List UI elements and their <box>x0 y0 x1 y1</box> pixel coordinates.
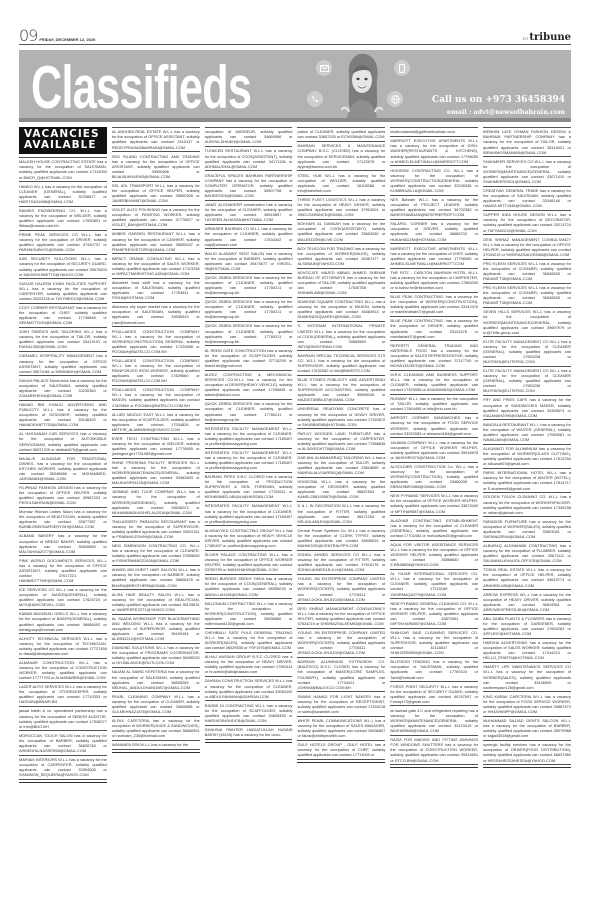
classified-ad: RAZIA FOR MAKING AND FITTING AWNINGS FOR… <box>390 736 478 765</box>
classified-ad: QUICK ZEBRA SERVICES has a vacancy for t… <box>205 322 293 346</box>
classified-ad: Mumtaz Hikmah Ladies Salon has a vacancy… <box>19 508 107 532</box>
classified-ad: CHEHBALLI SATE PULS GENERAL TRADING W.L.… <box>205 629 293 653</box>
classified-ad: MARIAM INTERIORS W.L.L has a vacancy for… <box>19 756 107 780</box>
classified-ad: JASMINE AND TULIP COMPANY W.L.L has a va… <box>112 488 200 517</box>
classified-ad: WHITE PEARL COMMUNICATIONS W.L.L has a v… <box>297 717 385 741</box>
classified-ad: FORCE POINT SECURITY W.L.L has a vacancy… <box>390 682 478 706</box>
classified-ad: THE RITZ - CARLTON BAHRAIN HOTEL W.L.L h… <box>390 269 478 293</box>
globe-icon <box>387 91 403 107</box>
classified-ad: UNIVERSAL READYMIX CONCRETE has a vacanc… <box>297 405 385 429</box>
column-end-rule <box>19 782 107 783</box>
column-end-rule <box>112 752 200 753</box>
ad-list: IBRAHIM LATE OSMAN FASHION DESIGN & BAHR… <box>483 127 571 765</box>
mobile-phone-icon <box>394 60 410 76</box>
classified-ad: ALMOAYYED CONTRACTING GROUP W.L.L has a … <box>205 526 293 550</box>
classified-ad: DAKAH PALACE Electronics has a vacancy f… <box>19 376 107 400</box>
classified-ad: SUDAIS HALEEM KHAN FACILITIES SUPPORT W.… <box>19 279 107 303</box>
classified-ad: DESI SHIRAZ MANAGEMENT CONSULTANCY W.L.L… <box>297 604 385 628</box>
classified-ad: PRIME PEAK SERVICES CO W.L.L has a vacan… <box>19 231 107 255</box>
column-1: VACANCIES AVAILABLE MALEEH HOUSE CONTRAC… <box>19 127 107 887</box>
classified-ad: AL REEM GATE CONSTRUCTION has a vacancy … <box>205 346 293 370</box>
classified-ad: BAHRAIN ALUMINIUM EXTRUSION CO. (BALEXCO… <box>297 658 385 692</box>
contact-email-text: email : advt@newsofbahrain.com <box>447 108 565 116</box>
classified-ad: QUICK ZEBRA SERVICES has a vacancy for t… <box>205 298 293 322</box>
classified-ad: POULLAIDES CONSTRUCTION COMPANY W.L.L ha… <box>112 357 200 386</box>
classified-ad: ALKUWAITI FOR ALUMINIUM has a vacancy fo… <box>483 445 571 469</box>
classified-ad: LAZER AUTO SERVICES W.L.L has a vacancy … <box>19 683 107 707</box>
column-4: pation of CLEANER, suitably qualified ap… <box>297 127 385 887</box>
classified-ad: RAOBS DI CONTRACTING W.L.L has a vacancy… <box>205 701 293 725</box>
classified-ad: PINK WORLD DOCUMENTS SERVICES W.L.L has … <box>19 556 107 585</box>
classified-ad: IBRAHIM LATE OSMAN FASHION DESIGN & BAHR… <box>483 127 571 157</box>
classified-ad: synergic facility services has a vacancy… <box>483 741 571 765</box>
classified-ad: PRO KLEEN SERVICES W.L.L has a vacancy f… <box>483 260 571 284</box>
classified-ad: BAHRAIN PIPES S.B.C CLOSED has a vacancy… <box>205 473 293 502</box>
banner-title: Classifieds <box>31 58 251 118</box>
classified-ad: ALAZHAR CONTRACTING ESTABLISHMENT has a … <box>390 516 478 540</box>
classified-ad: JUKH FABRICS AND TAILORING W.L.L has a v… <box>19 328 107 352</box>
classified-ad: khalid.alawadi@gulfhotelbahrain.com <box>390 127 478 137</box>
classified-ad: AL FAJAR INTERNATIONAL SERVICES CO. W.L.… <box>390 570 478 599</box>
classified-ad: SSG ISLAND CONTRACTING AND TRADING has a… <box>112 152 200 181</box>
call-us-text: Call us on +973 36458394 <box>432 95 565 105</box>
classified-ad: BANGALA RESTAURANT W.L.L has a vacancy f… <box>483 420 571 444</box>
classified-ad: AHMED BIN KHEET HAIR SALOON W.L.L has a … <box>112 566 200 590</box>
classified-ad: SWAMI HAMAD FOR LIGHT BAKERY has a vacan… <box>297 692 385 716</box>
classified-ad: DIAMOND SOLUTIONS W.L.L has a vacancy fo… <box>112 644 200 668</box>
classified-ad: YOUNG JIN ENTERPRISE COMPANY LIMITED has… <box>297 575 385 604</box>
column-3: occupation of MASSEUR, suitably qualifie… <box>205 127 293 887</box>
classified-ad: AMBER GARDEN RESTAURANT W.L.L has a vaca… <box>112 230 200 254</box>
classified-ad: BOKHARI AL DAMAAH has a vacancy for the … <box>297 220 385 244</box>
classified-ad: ALFAX CAFETERIA has a vacancy for the oc… <box>112 717 200 741</box>
classified-ad: BAHRAIN SERVICES & MAINTENANCE COMPANY B… <box>297 142 385 171</box>
column-2: AL ANDHRA REAL ESTATE W.L.L has a vacanc… <box>112 127 200 887</box>
brand-prefix: DT <box>523 36 529 41</box>
classified-ad: ALHAJ HASSAN GROUP B.S.C CLOSED has a va… <box>205 653 293 677</box>
classified-ad: NAJAM AL WARD KEFETERIA has a vacancy fo… <box>112 668 200 692</box>
classified-ad: MARRIOTT EXECUTIVE APARTMENTS W.L.L has … <box>390 244 478 268</box>
classified-ad: INTEGRATED FACILITY MANAGEMENT W.L.L has… <box>205 449 293 473</box>
classified-ad: SHINE PROSHMA FACILITY SERVICES W.L.L ha… <box>112 459 200 488</box>
classified-ad: BLOSSOM TRADING has a vacancy for the oc… <box>390 658 478 682</box>
classified-ad: MILLENIUM CONTRACTING W.L.L has a vacanc… <box>205 599 293 628</box>
brand-name: tribune <box>529 32 571 43</box>
classified-ad: pation of CLEANER, suitably qualified ap… <box>297 127 385 142</box>
classified-ad: GRACEFUL SPACES BAHRAIN PARTNERSHIP COMP… <box>205 171 293 200</box>
banner-stripe <box>19 118 571 122</box>
classified-ad: RAMSIS ENGINEERING CO. W.L.L has a vacan… <box>19 207 107 231</box>
column-end-rule <box>205 742 293 743</box>
classified-ad: BLUE PEAK CONTRACTING. has a vacancy for… <box>390 317 478 341</box>
classified-ad: HANKO W.L.L has a vacancy for the occupa… <box>19 182 107 206</box>
phone-icon <box>307 91 323 107</box>
classified-ad: SMARTY LIFE MAINTENANCE SERVICES CO W.L.… <box>483 663 571 692</box>
classified-ad: THALASSERY PARAGON RESTAURANT has a vaca… <box>112 517 200 541</box>
classified-ad: GHAUSIA PAINTER HADIATULLAH HUSAIN BAKSH… <box>205 726 293 740</box>
brand-logo: DTtribune <box>523 32 571 44</box>
classified-ad: INTEGRATED FACILITY MANAGEMENT W.L.L has… <box>205 502 293 526</box>
classified-ad: IMPACT GRAND CONSULTING W.L.L has a vaca… <box>112 254 200 278</box>
classified-ad: CARAMEL HOSPITALITY MANAGEMENT has a vac… <box>19 352 107 376</box>
classified-ad: REFERTTI GENERAL TRADING AND MATERIALS F… <box>390 341 478 370</box>
classified-ad: PRO KLEEN SERVICES W.L.L has a vacancy f… <box>483 284 571 308</box>
classified-ad: ALLIED MIDDLE EAST W.L.L has a vacancy f… <box>112 410 200 434</box>
classified-ad: S. MOTIRAM INTERNATIONAL PRIVATE LIMITED… <box>297 322 385 351</box>
classified-ad: HARSHA ADVERTISING has a vacancy for the… <box>483 639 571 663</box>
classified-ad: al hawraa gate 4.C and refrigerator repa… <box>390 706 478 735</box>
classified-ad: ZAHRAN CONSTRUCTION SERVICES W.L.L has a… <box>205 677 293 701</box>
classified-ad: BOX TELECOM FOR TRADING has a vacancy fo… <box>297 244 385 268</box>
classified-ad: M.R.K CLEANING AND BUSINESS SUPPORT W.L.… <box>390 371 478 395</box>
classified-ad: WANNAPA SPA W.L.L has a vacancy for the <box>112 741 200 750</box>
operator-illustration <box>341 52 383 122</box>
classified-ad: ALBURAQ ALDHAHABI CONTRACTING has a vaca… <box>483 542 571 566</box>
column-end-rule <box>297 762 385 763</box>
classified-ad: ARROW EXPRESS W.L.L has a vacancy for th… <box>483 590 571 614</box>
ad-list: pation of CLEANER, suitably qualified ap… <box>297 127 385 760</box>
classified-ad: PEARL CLEANING COMPANY W.L.L has a vacan… <box>112 692 200 716</box>
classified-ad: GOLDEN TOUCH CLEANING CO. W.L.L has a va… <box>483 493 571 517</box>
classified-ad: URBASER BAHRAIN CO W.L.L has a vacancy f… <box>205 225 293 249</box>
classified-ad: SHAHMEER SERVICES CO W.L.L has a vacancy… <box>483 157 571 186</box>
classified-ad: QUICK ZEBRA SERVICES has a vacancy for t… <box>205 400 293 424</box>
vacancies-available-heading: VACANCIES AVAILABLE <box>19 127 107 154</box>
classified-ad: JANAT ALGHADEER construction has a vacan… <box>205 201 293 225</box>
classified-ad: BAHRAIN SPECIAL TECHNICAL SERVICES STS C… <box>297 351 385 375</box>
classified-ad: PARADISE FURNITURE has a vacancy for the… <box>483 517 571 541</box>
classified-ad: DESI SHIRAZ MANAGEMENT CONSULTANCY W.L.L… <box>483 235 571 259</box>
ad-list: occupation of MASSEUR, suitably qualifie… <box>205 127 293 740</box>
column-5: khalid.alawadi@gulfhotelbahrain.comMARRI… <box>390 127 478 887</box>
classified-ad: AL ANDHRA REAL ESTATE W.L.L has a vacanc… <box>112 127 200 152</box>
classified-ad: BLUE STONES PUBLICITY AND ADVERTISING W.… <box>297 376 385 405</box>
classified-ad: COZY CORNER RESTAURANT has a vacancy for… <box>19 304 107 328</box>
classified-ad: VIOLET AUTO POLISHING has a vacancy for … <box>112 206 200 230</box>
classified-ad: ELITE FACILITY MANAGEMENT CO W.L.L has a… <box>483 367 571 396</box>
classified-ad: SEVEN HILLS SERVICES W.L.L has a vacancy… <box>483 308 571 337</box>
classified-ad: PARIS INTERNATIONAL HOTEL W.L.L has a va… <box>483 469 571 493</box>
classified-ad: TLEMCEN RESTAURANT W.L.L has a vacancy f… <box>205 147 293 171</box>
column-end-rule <box>390 767 478 768</box>
classified-ad: DIAMOND SQUARE CONTRACTING W.L.L has a v… <box>297 298 385 322</box>
classified-ad: ICE SERVICES CO W.L.L has a vacancy for … <box>19 586 107 610</box>
classified-ad: AL SAADA WORKSHOP FOR BLACKSMITHING AND … <box>112 615 200 644</box>
ad-list: khalid.alawadi@gulfhotelbahrain.comMARRI… <box>390 127 478 765</box>
page-date: FRIDAY, DECEMBER 12, 2025 <box>39 37 95 42</box>
page-folio: 09 FRIDAY, DECEMBER 12, 2025 <box>19 28 95 44</box>
classified-ad: MAJALIS ALSUDAIR FOR TRADITIONAL DISHES.… <box>19 454 107 483</box>
classified-ad: AQUA FOR VISITOR ASSISTANCE SERVICES W.L… <box>390 541 478 570</box>
classified-ad: HOMZONA W.L.L has a vacancy for the occu… <box>297 478 385 502</box>
classified-ad: SOHAIL AHMED SERVICES CO W.L.L has a vac… <box>297 551 385 575</box>
classified-ad: BLUE PEAK CONTRACTING. has a vacancy for… <box>390 293 478 317</box>
classified-ad: KABAB BAGHDAD GRILLS W.L.L has a vacancy… <box>19 610 107 634</box>
classified-ad: SHAHZAR SAID CLEANING SERVICES CO. W.L.L… <box>390 629 478 658</box>
classified-ad: ALBANA BAKERY has a vacancy for the occu… <box>19 532 107 556</box>
classified-ad: SEEKH BURGER SEEKH TIKKA has a vacancy f… <box>205 575 293 599</box>
classified-ad: NES Bahrain W.L.L has a vacancy for the … <box>390 196 478 220</box>
column-6: IBRAHIM LATE OSMAN FASHION DESIGN & BAHR… <box>483 127 571 887</box>
classified-ad: ADVOCATE MAJED ABBAS AHMED SHEHAB BUREAU… <box>297 269 385 298</box>
page-header: 09 FRIDAY, DECEMBER 12, 2025 DTtribune <box>19 28 571 45</box>
classified-ad: ALISA HAIR BEAUTY SALON W.L.L has a vaca… <box>112 590 200 614</box>
classified-ad: WALID ALASAWY SENT SALON has a vacancy f… <box>205 249 293 273</box>
classified-ad: POULLAIDES CONSTRUCTION COMPANY W.L.L ha… <box>112 327 200 356</box>
classified-ad: Alshafeef food staff has a vacancy for t… <box>112 279 200 303</box>
classified-ad: DAR ANL ALMANARRAQ TAILORING W.L.L has a… <box>297 454 385 478</box>
email-icon <box>316 60 332 76</box>
classified-ad: FILIPINAZ FASHION DESIGN has a vacancy f… <box>19 484 107 508</box>
ad-list: AL ANDHRA REAL ESTATE W.L.L has a vacanc… <box>112 127 200 750</box>
classified-ad: Central Power Systems Co. W.L.L has a va… <box>297 526 385 550</box>
classified-ad: HAMAD BIN KHALID ADVERTISING AND PUBLICI… <box>19 401 107 430</box>
classified-ad: TOSHA REAL ESTATE W.L.L has a vacancy fo… <box>483 566 571 590</box>
classifieds-banner: Classifieds Call us on +973 36458394 ema… <box>19 50 571 122</box>
classified-ad: PAR-KY WOODEN LAND FURNITURE has a vacan… <box>297 429 385 453</box>
classified-ad: FRY AND FRIES CAFE has a vacancy for the… <box>483 396 571 420</box>
classified-columns: VACANCIES AVAILABLE MALEEH HOUSE CONTRAC… <box>19 127 571 887</box>
classified-ad: MOROCCAN TOUCH SALON has a vacancy for t… <box>19 731 107 755</box>
classified-ad: FALAFEL CORNER has a vacancy for the occ… <box>390 220 478 244</box>
classified-ad: POULLAIDES CONSTRUCTION COMPANY W.L.L ha… <box>112 386 200 410</box>
classified-ad: MALEEH HOUSE CONTRACTING ESTATE has a va… <box>19 157 107 182</box>
classified-ad: MARRIOTT EXECUTIVE APARTMENTS W.L.L has … <box>390 137 478 166</box>
classified-ad: NEW PYRAMID SERVICES W.L.L has a vacancy… <box>390 492 478 516</box>
classified-ad: ALEEZ CONTRACTING & MECHANICAL SERVICES … <box>205 371 293 400</box>
classified-ad: NEW DIMENSION CONTRACTING CO. W.L.L has … <box>112 542 200 566</box>
heading-line-2: AVAILABLE <box>24 140 102 151</box>
classified-ad: STEEL HUB W.L.L has a vacancy for the oc… <box>297 171 385 195</box>
classified-ad: ALHOTY TECHNICAL SERVICES W.L.L has a va… <box>19 634 107 658</box>
classified-ad: RUNWAY W.L.L has a vacancy for the occup… <box>390 395 478 414</box>
column-end-rule <box>483 767 571 768</box>
classified-ad: JAHAMA COMPANY W.L.L has a vacancy for t… <box>390 438 478 462</box>
classified-ad: ALSOLDIER CONSTRUCTION Co. W.L.L has a v… <box>390 463 478 492</box>
classified-ad: SLIVER PALACE CONTRACTING W.L.L has a va… <box>205 551 293 575</box>
classified-ad: ELITE FACILITY MANAGEMENT CO W.L.L has a… <box>483 337 571 366</box>
page-number: 09 <box>19 28 37 44</box>
classified-ad: KING KARAK CAFETERIA W.L.L has a vacancy… <box>483 692 571 716</box>
classified-ad: SSL ASL TRANSPORT W.L.L has a vacancy fo… <box>112 182 200 206</box>
classified-ad: HIGHRISE CONTRACTING CO. W.L.L has a vac… <box>390 166 478 195</box>
ad-list: MALEEH HOUSE CONTRACTING ESTATE has a va… <box>19 157 107 780</box>
classified-ad: ALMANAR CONSTRUCTION W.L.L has a vacancy… <box>19 659 107 683</box>
classified-ad: QUICK ZEBRA SERVICES has a vacancy for t… <box>205 274 293 298</box>
classified-ad: AL HASSANAH CAR SERVICES has a vacancy f… <box>19 430 107 454</box>
classified-ad: CREATIVAY GENERAL TRADE has a vacancy fo… <box>483 187 571 211</box>
classified-ad: NEW PYRAMID GENERAL CLEANING CO. W.L.L h… <box>390 599 478 628</box>
classified-ad: THREE FLEET LOGISTICS W.L.L has a vacanc… <box>297 196 385 220</box>
classified-ad: Altareous city super market has a vacanc… <box>112 303 200 327</box>
classified-ad: SUPPER IDEA HOUSE DESIGN W.L.L has a vac… <box>483 211 571 235</box>
classified-ad: INTEGRATED FACILITY MANAGEMENT W.L.L has… <box>205 424 293 448</box>
classified-ad: occupation of MASSEUR, suitably qualifie… <box>205 127 293 147</box>
classified-ad: ABU SAIBA PLANTS & FLOWERS has a vacancy… <box>483 615 571 639</box>
classified-ad: jawad habib & co. specialized partnershi… <box>19 707 107 731</box>
classified-ad: ASB SECURITY SOLUTIONS W.L.L has a vacan… <box>19 255 107 279</box>
classified-ad: GULF HOTELS GROUP - GULF HOTEL has a vac… <box>297 741 385 760</box>
classified-ad: YOUNG JIN ENTERPRISE COMPANY LIMITED has… <box>297 629 385 658</box>
classified-ad: EVER TECH CONTRACTING W.L.L has a vacanc… <box>112 434 200 458</box>
classified-ad: MUHAMMAD SAJJAD GENTS SALOON W.L.L has a… <box>483 717 571 741</box>
classified-ad: D & I, IN DECORATION W.L.L has a vacancy… <box>297 502 385 526</box>
classified-ad: AIRPORT CORNER SANDWICHES has a vacancy … <box>390 414 478 438</box>
